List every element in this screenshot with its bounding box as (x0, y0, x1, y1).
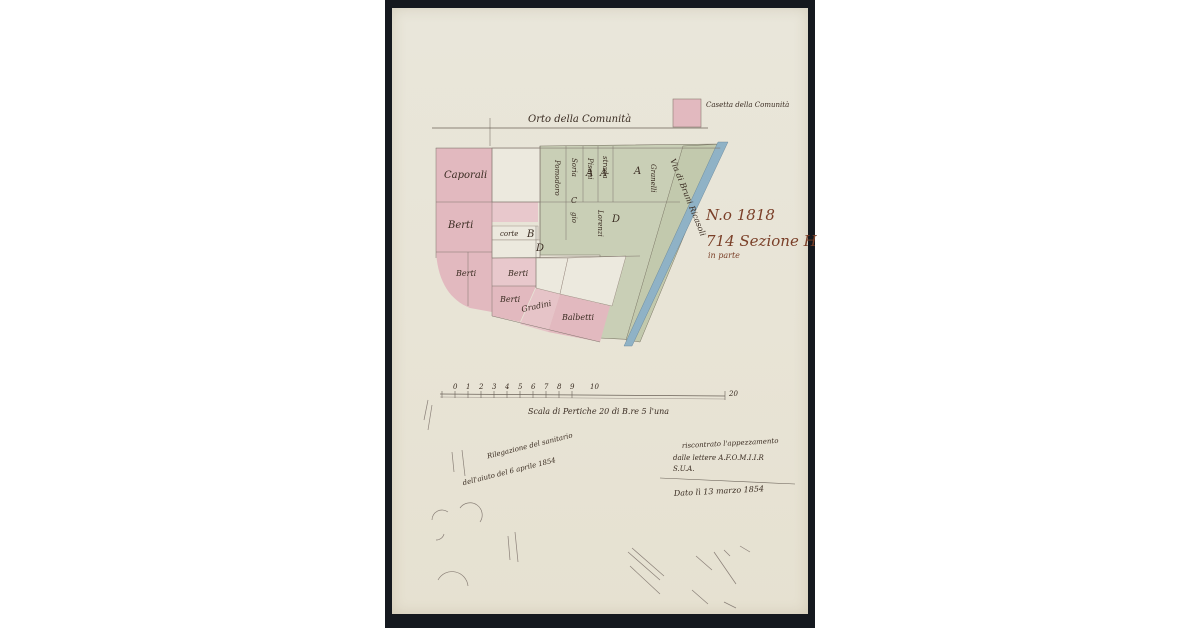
svg-text:3: 3 (492, 383, 497, 391)
svg-text:0: 0 (453, 383, 458, 391)
svg-text:riscontrato l'appezzamento: riscontrato l'appezzamento (682, 437, 779, 450)
label-berti-4: Berti (499, 295, 521, 304)
label-corte: corte (500, 230, 518, 238)
svg-text:6: 6 (531, 383, 536, 391)
label-section: 714 Sezione H (706, 232, 818, 250)
svg-text:8: 8 (557, 383, 562, 391)
svg-text:1: 1 (466, 383, 470, 391)
letter-D2: D (535, 243, 544, 254)
parcel-berti-2 (436, 252, 492, 312)
label-berti-2: Berti (455, 269, 477, 278)
label-in-part: in parte (708, 251, 740, 260)
margin-scribbles (424, 400, 750, 608)
svg-text:5: 5 (518, 383, 523, 391)
svg-text:20: 20 (728, 390, 738, 398)
svg-text:4: 4 (504, 383, 509, 391)
parcel-white-i (492, 148, 540, 202)
scale-caption: Scala di Pertiche 20 di B.re 5 l'una (528, 407, 669, 416)
scale-bar: 0 1 2 3 4 5 6 7 8 9 10 20 Scala di Perti… (440, 383, 738, 416)
svg-text:Dato lì 13 marzo 1854: Dato lì 13 marzo 1854 (673, 484, 765, 498)
label-balbetti: Balbetti (561, 313, 594, 322)
letter-A2: A (585, 168, 593, 179)
label-granelli: Granelli (649, 164, 657, 192)
parcel-d-white (492, 240, 540, 258)
svg-text:dalle lettere A.F.O.M.I.I.R: dalle lettere A.F.O.M.I.I.R (673, 454, 765, 462)
letter-A3: A (599, 168, 607, 179)
label-parcel-number: N.o 1818 (705, 206, 775, 224)
letter-A1: A (633, 166, 641, 177)
label-lorenzi: Lorenzi (596, 209, 604, 237)
svg-text:2: 2 (478, 383, 484, 391)
cadastral-map: Orto della Comunità Casetta della Comuni… (0, 0, 1200, 628)
letter-B: B (526, 229, 534, 240)
svg-text:9: 9 (570, 383, 575, 391)
svg-text:10: 10 (590, 383, 599, 391)
letter-D1: D (611, 214, 620, 225)
svg-text:7: 7 (544, 383, 549, 391)
letter-C: C (571, 196, 577, 205)
casetta-building (673, 99, 701, 127)
label-caporali: Caporali (444, 170, 487, 181)
label-casetta: Casetta della Comunità (706, 101, 789, 109)
label-berti-1: Berti (447, 220, 473, 231)
parcel-berti-1b (492, 202, 538, 222)
svg-text:S.U.A.: S.U.A. (673, 465, 695, 473)
label-berti-3: Berti (507, 269, 529, 278)
right-note: riscontrato l'appezzamento dalle lettere… (660, 437, 795, 498)
label-gio: gio (570, 212, 578, 223)
label-orto-comunita: Orto della Comunità (528, 114, 631, 125)
left-note: Rilegazione del sanitario dell'aiuto del… (457, 431, 578, 487)
svg-text:dell'aiuto del 6 aprile 1854: dell'aiuto del 6 aprile 1854 (462, 456, 557, 487)
label-pomodoro: Pomodoro (553, 159, 561, 196)
svg-text:Rilegazione del sanitario: Rilegazione del sanitario (485, 431, 573, 460)
label-soria: Soria (570, 158, 578, 177)
